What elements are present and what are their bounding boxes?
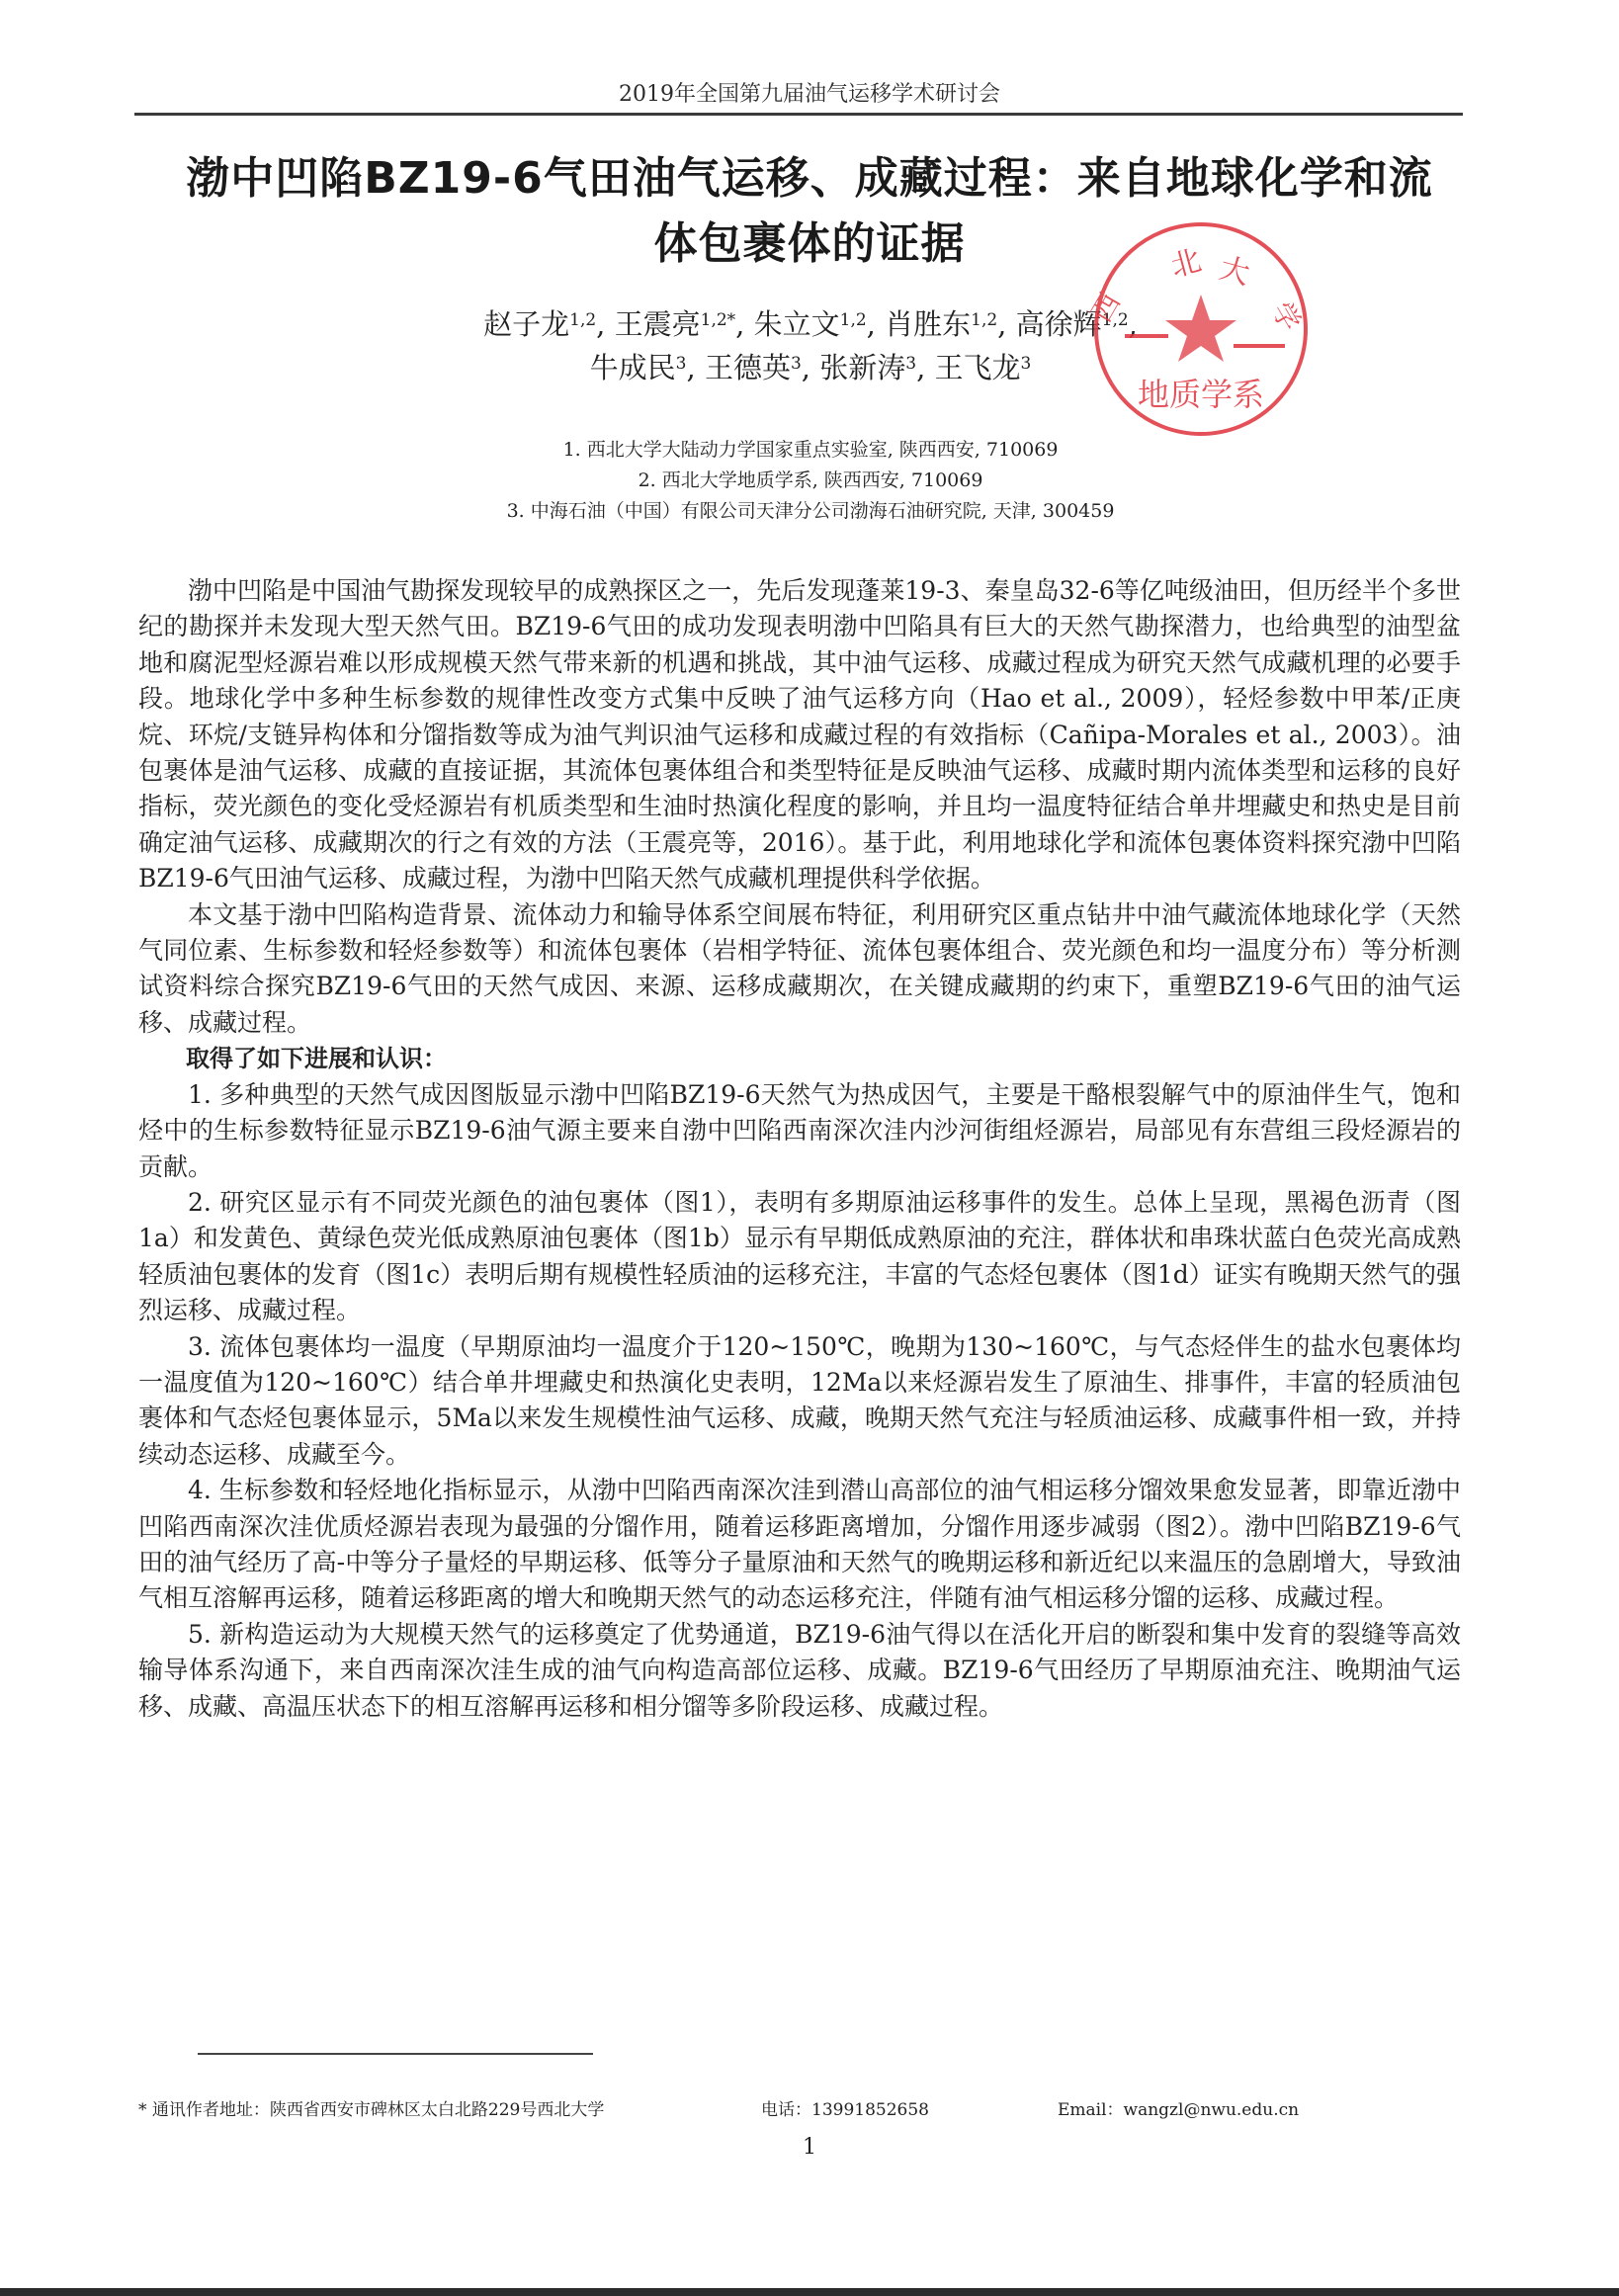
author-name: 牛成民 xyxy=(590,351,676,384)
affiliation-3: 3. 中海石油（中国）有限公司天津分公司渤海石油研究院, 天津, 300459 xyxy=(297,496,1324,527)
footnote-email[interactable]: Email：wangzl@nwu.edu.cn xyxy=(1058,2095,1299,2120)
author-name: 王震亮 xyxy=(615,307,701,341)
finding-1: 1. 多种典型的天然气成因图版显示渤中凹陷BZ19-6天然气为热成因气，主要是干… xyxy=(138,1077,1461,1185)
affiliation-list: 1. 西北大学大陆动力学国家重点实验室, 陕西西安, 710069 2. 西北大… xyxy=(297,435,1324,527)
paper-title: 渤中凹陷BZ19-6气田油气运移、成藏过程：来自地球化学和流 体包裹体的证据 xyxy=(128,146,1491,277)
author-line-1: 赵子龙1,2, 王震亮1,2*, 朱立文1,2, 肖胜东1,2, 高徐辉1,2, xyxy=(297,302,1324,346)
scan-edge xyxy=(0,2288,1619,2296)
abstract-body: 渤中凹陷是中国油气勘探发现较早的成熟探区之一，先后发现蓬莱19-3、秦皇岛32-… xyxy=(138,573,1461,1725)
title-line-2: 体包裹体的证据 xyxy=(128,212,1491,277)
conference-header: 2019年全国第九届油气运移学术研讨会 xyxy=(0,77,1619,108)
findings-heading: 取得了如下进展和认识： xyxy=(138,1041,1461,1076)
author-affil-sup: 3 xyxy=(1021,354,1032,374)
author-affil-sup: 1,2 xyxy=(569,310,596,330)
footnote-phone: 电话：13991852658 xyxy=(761,2095,1058,2120)
finding-5: 5. 新构造运动为大规模天然气的运移奠定了优势通道，BZ19-6油气得以在活化开… xyxy=(138,1617,1461,1725)
paragraph-intro: 渤中凹陷是中国油气勘探发现较早的成熟探区之一，先后发现蓬莱19-3、秦皇岛32-… xyxy=(138,573,1461,897)
finding-3: 3. 流体包裹体均一温度（早期原油均一温度介于120~150℃，晚期为130~1… xyxy=(138,1329,1461,1474)
header-rule xyxy=(134,113,1463,116)
author-line-2: 牛成民3, 王德英3, 张新涛3, 王飞龙3 xyxy=(297,346,1324,389)
affiliation-1: 1. 西北大学大陆动力学国家重点实验室, 陕西西安, 710069 xyxy=(297,435,1324,466)
author-affil-sup: 1,2* xyxy=(701,310,736,330)
author-name: 肖胜东 xyxy=(885,307,971,341)
finding-4: 4. 生标参数和轻烃地化指标显示，从渤中凹陷西南深次洼到潜山高部位的油气相运移分… xyxy=(138,1473,1461,1617)
author-name: 赵子龙 xyxy=(483,307,569,341)
author-affil-sup: 3 xyxy=(676,354,687,374)
footnote-address: * 通讯作者地址：陕西省西安市碑林区太白北路229号西北大学 xyxy=(138,2095,761,2120)
author-name: 张新涛 xyxy=(819,351,905,384)
author-list: 赵子龙1,2, 王震亮1,2*, 朱立文1,2, 肖胜东1,2, 高徐辉1,2,… xyxy=(297,302,1324,389)
author-name: 王德英 xyxy=(705,351,791,384)
finding-2: 2. 研究区显示有不同荧光颜色的油包裹体（图1），表明有多期原油运移事件的发生。… xyxy=(138,1185,1461,1329)
author-affil-sup: 3 xyxy=(905,354,916,374)
author-affil-sup: 3 xyxy=(791,354,802,374)
affiliation-2: 2. 西北大学地质学系, 陕西西安, 710069 xyxy=(297,466,1324,496)
paragraph-method: 本文基于渤中凹陷构造背景、流体动力和输导体系空间展布特征，利用研究区重点钻井中油… xyxy=(138,897,1461,1042)
author-affil-sup: 1,2 xyxy=(1102,310,1129,330)
author-name: 高徐辉 xyxy=(1016,307,1102,341)
author-affil-sup: 1,2 xyxy=(971,310,997,330)
footnote-rule xyxy=(198,2053,593,2055)
corresponding-author-footnote: * 通讯作者地址：陕西省西安市碑林区太白北路229号西北大学 电话：139918… xyxy=(138,2095,1483,2120)
author-name: 朱立文 xyxy=(754,307,840,341)
page-number: 1 xyxy=(0,2135,1619,2160)
title-line-1: 渤中凹陷BZ19-6气田油气运移、成藏过程：来自地球化学和流 xyxy=(128,146,1491,212)
author-affil-sup: 1,2 xyxy=(840,310,867,330)
author-name: 王飞龙 xyxy=(935,351,1021,384)
